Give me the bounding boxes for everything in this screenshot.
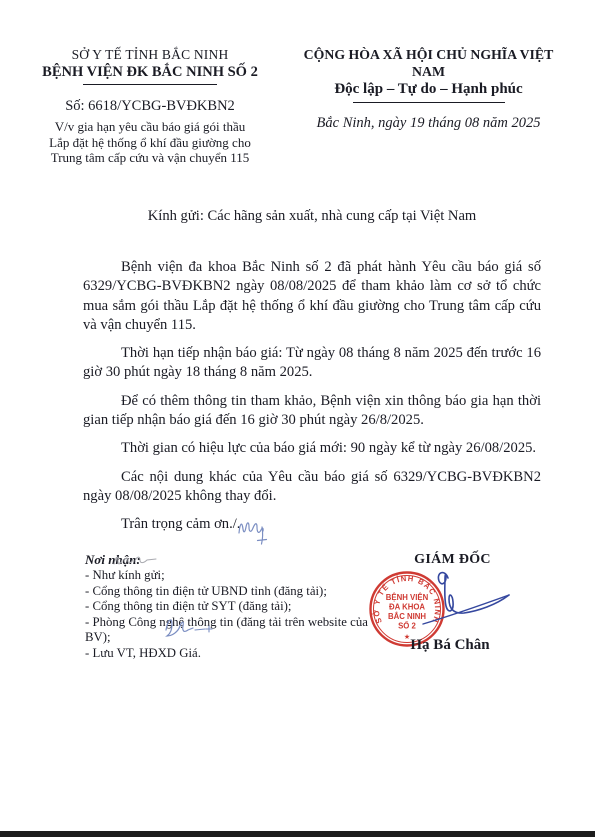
recipient-item: - Lưu VT, HĐXD Giá. <box>85 646 395 662</box>
subject-line: Trung tâm cấp cứu và vận chuyển 115 <box>35 150 265 166</box>
place-dateline: Bắc Ninh, ngày 19 tháng 08 năm 2025 <box>286 114 571 132</box>
header-left-block: SỞ Y TẾ TỈNH BẮC NINH BỆNH VIỆN ĐK BẮC N… <box>35 46 265 166</box>
paragraph: Thời hạn tiếp nhận báo giá: Từ ngày 08 t… <box>83 344 541 383</box>
letter-body: Bệnh viện đa khoa Bắc Ninh số 2 đã phát … <box>83 258 541 544</box>
handwritten-note <box>111 551 159 569</box>
bottom-edge-bar <box>0 831 595 837</box>
closing-line: Trân trọng cảm ơn./. <box>83 515 541 534</box>
subject-line: V/v gia hạn yêu cầu báo giá gói thầu <box>35 119 265 135</box>
paragraph: Thời gian có hiệu lực của báo giá mới: 9… <box>83 439 541 458</box>
recipient-item: - Cổng thông tin điện tử UBND tỉnh (đăng… <box>85 584 395 600</box>
national-motto: Độc lập – Tự do – Hạnh phúc <box>286 80 571 99</box>
handwritten-initial-closing <box>236 511 281 551</box>
issuing-department: SỞ Y TẾ TỈNH BẮC NINH <box>35 46 265 63</box>
stamp-center-line: SỐ 2 <box>398 621 416 631</box>
salutation: Kính gửi: Các hãng sản xuất, nhà cung cấ… <box>83 207 541 226</box>
paragraph: Để có thêm thông tin tham khảo, Bệnh việ… <box>83 392 541 431</box>
recipient-item: - Cổng thông tin điện tử SYT (đăng tải); <box>85 599 395 615</box>
subject-line: Lắp đặt hệ thống ổ khí đầu giường cho <box>35 135 265 151</box>
document-number: Số: 6618/YCBG-BVĐKBN2 <box>35 97 265 115</box>
document-subject: V/v gia hạn yêu cầu báo giá gói thầu Lắp… <box>35 119 265 166</box>
issuing-organization: BỆNH VIỆN ĐK BẮC NINH SỐ 2 <box>35 63 265 81</box>
document-page: SỞ Y TẾ TỈNH BẮC NINH BỆNH VIỆN ĐK BẮC N… <box>0 0 595 837</box>
header-left-rule <box>83 84 217 85</box>
signer-name: Hạ Bá Chân <box>390 637 510 654</box>
director-signature <box>418 566 513 630</box>
header-right-block: CỘNG HÒA XÃ HỘI CHỦ NGHĨA VIỆT NAM Độc l… <box>286 46 571 132</box>
recipient-item: - Như kính gửi; <box>85 568 395 584</box>
header-right-rule <box>353 102 505 103</box>
national-title: CỘNG HÒA XÃ HỘI CHỦ NGHĨA VIỆT NAM <box>286 46 571 80</box>
handwritten-initial-luu <box>160 614 220 640</box>
recipient-item: - Phòng Công nghệ thông tin (đăng tải tr… <box>85 615 395 646</box>
paragraph: Các nội dung khác của Yêu cầu báo giá số… <box>83 468 541 507</box>
paragraph: Bệnh viện đa khoa Bắc Ninh số 2 đã phát … <box>83 258 541 335</box>
